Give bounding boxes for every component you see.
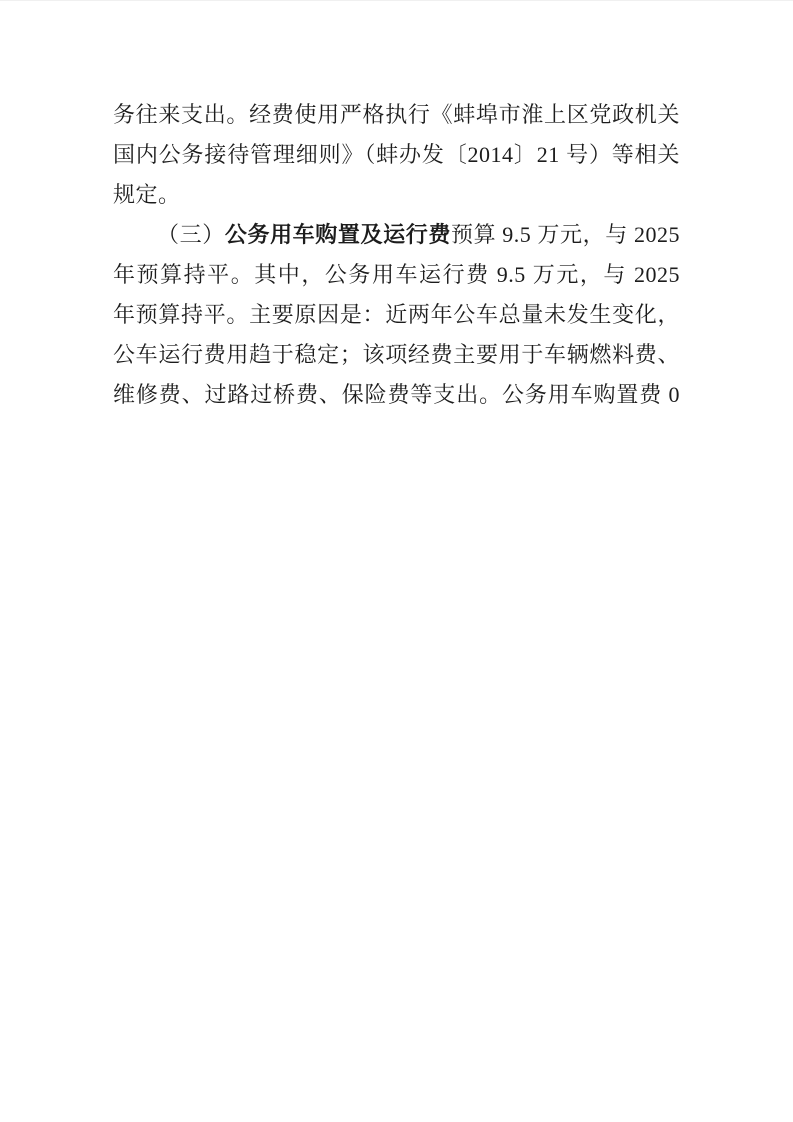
text-run-section-number: （三）: [157, 222, 225, 247]
text-run: 务往来支出。经费使用严格执行《蚌埠市淮上区党政机关国内公务接待管理细则》（蚌办发…: [113, 102, 680, 207]
blank-page-area: [0, 421, 793, 1122]
text-run-bold-heading: 公务用车购置及运行费: [225, 222, 451, 247]
paragraph-continuation: 务往来支出。经费使用严格执行《蚌埠市淮上区党政机关国内公务接待管理细则》（蚌办发…: [113, 95, 680, 215]
document-page: 务往来支出。经费使用严格执行《蚌埠市淮上区党政机关国内公务接待管理细则》（蚌办发…: [0, 0, 793, 1122]
